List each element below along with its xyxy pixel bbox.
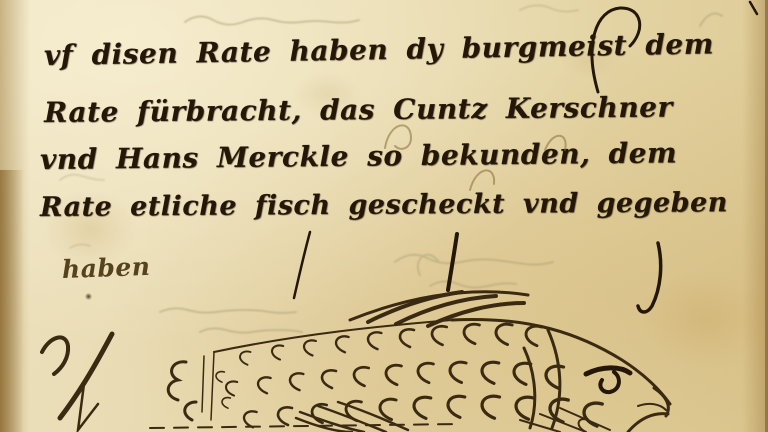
pen-flourishes <box>294 2 757 312</box>
ink-artwork-layer <box>0 0 768 432</box>
ascender-flourishes <box>385 125 566 190</box>
fish-tail <box>42 334 214 430</box>
bleed-through-script <box>60 5 722 332</box>
fish-eye <box>586 368 630 392</box>
fish-mouth <box>628 388 668 432</box>
fish-ink-drawing <box>42 292 670 432</box>
fish-gills <box>524 330 560 428</box>
manuscript-page: vf disen Rate haben dy burgmeist dem Rat… <box>0 0 768 432</box>
fish-scales <box>216 324 602 427</box>
